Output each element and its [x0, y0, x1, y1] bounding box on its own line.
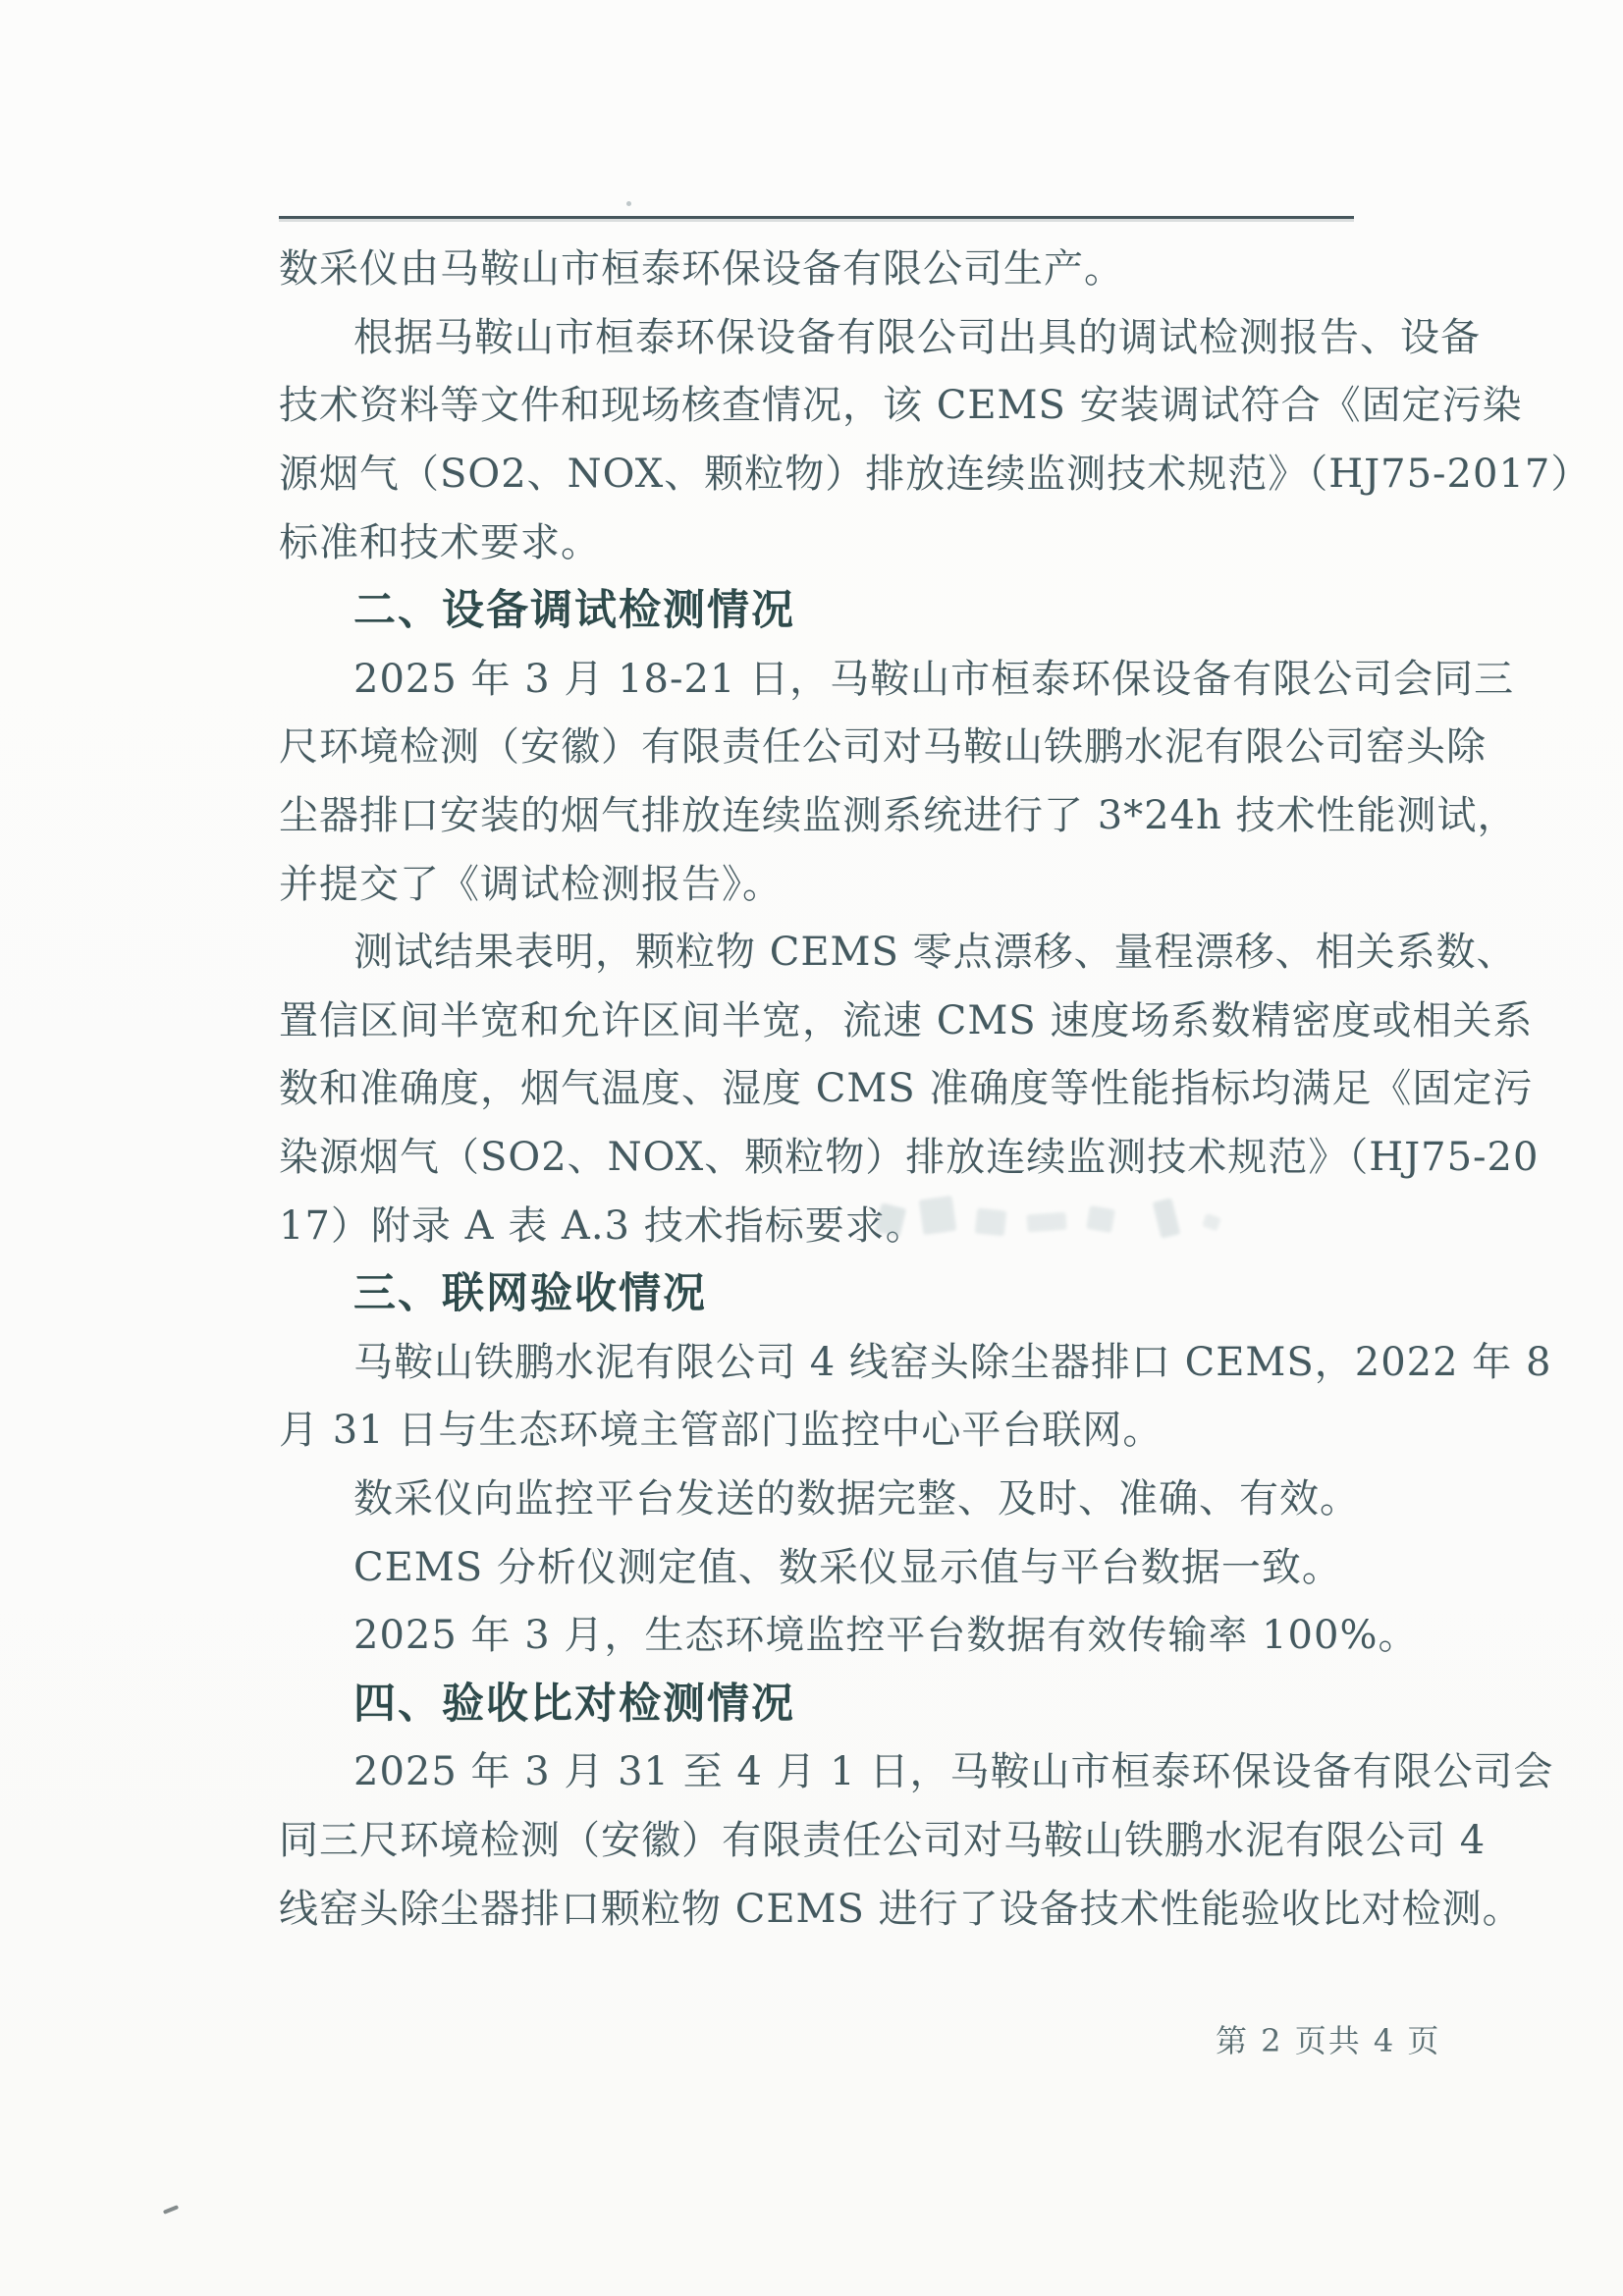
- scan-dash-artifact: [163, 2205, 179, 2215]
- text-line: 标准和技术要求。: [279, 505, 1359, 573]
- text-line: 2025 年 3 月，生态环境监控平台数据有效传输率 100%。: [279, 1598, 1359, 1667]
- text-line: 2025 年 3 月 31 至 4 月 1 日，马鞍山市桓泰环保设备有限公司会: [279, 1735, 1359, 1803]
- text-line: 源烟气（SO2、NOX、颗粒物）排放连续监测技术规范》（HJ75-2017）: [279, 437, 1359, 506]
- text-line: 置信区间半宽和允许区间半宽，流速 CMS 速度场系数精密度或相关系: [279, 984, 1359, 1052]
- text-line: 尘器排口安装的烟气排放连续监测系统进行了 3*24h 技术性能测试，: [279, 778, 1359, 847]
- text-line: 数采仪向监控平台发送的数据完整、及时、准确、有效。: [279, 1462, 1359, 1530]
- text-line: 根据马鞍山市桓泰环保设备有限公司出具的调试检测报告、设备: [279, 300, 1359, 369]
- text-line: 数和准确度，烟气温度、湿度 CMS 准确度等性能指标均满足《固定污: [279, 1051, 1359, 1120]
- text-line: 17）附录 A 表 A.3 技术指标要求。: [279, 1188, 1359, 1256]
- section-heading: 三、联网验收情况: [279, 1256, 1359, 1325]
- text-line: 2025 年 3 月 18-21 日，马鞍山市桓泰环保设备有限公司会同三: [279, 642, 1359, 711]
- text-line: 技术资料等文件和现场核查情况，该 CEMS 安装调试符合《固定污染: [279, 368, 1359, 437]
- text-line: 线窑头除尘器排口颗粒物 CEMS 进行了设备技术性能验收比对检测。: [279, 1871, 1359, 1940]
- text-line: 月 31 日与生态环境主管部门监控中心平台联网。: [279, 1393, 1359, 1462]
- document-body: 数采仪由马鞍山市桓泰环保设备有限公司生产。根据马鞍山市桓泰环保设备有限公司出具的…: [279, 232, 1359, 1940]
- text-line: CEMS 分析仪测定值、数采仪显示值与平台数据一致。: [279, 1529, 1359, 1598]
- page-number: 第 2 页共 4 页: [1216, 2016, 1440, 2061]
- text-line: 尺环境检测（安徽）有限责任公司对马鞍山铁鹏水泥有限公司窑头除: [279, 710, 1359, 778]
- scan-speck-artifact: [626, 201, 631, 206]
- document-page: 数采仪由马鞍山市桓泰环保设备有限公司生产。根据马鞍山市桓泰环保设备有限公司出具的…: [0, 0, 1623, 2296]
- section-heading: 四、验收比对检测情况: [279, 1666, 1359, 1735]
- text-line: 并提交了《调试检测报告》。: [279, 846, 1359, 915]
- text-line: 同三尺环境检测（安徽）有限责任公司对马鞍山铁鹏水泥有限公司 4: [279, 1803, 1359, 1872]
- text-line: 染源烟气（SO2、NOX、颗粒物）排放连续监测技术规范》（HJ75-20: [279, 1120, 1359, 1189]
- text-line: 测试结果表明，颗粒物 CEMS 零点漂移、量程漂移、相关系数、: [279, 915, 1359, 984]
- section-heading: 二、设备调试检测情况: [279, 573, 1359, 642]
- header-rule: [279, 216, 1354, 219]
- text-line: 数采仪由马鞍山市桓泰环保设备有限公司生产。: [279, 232, 1359, 300]
- text-line: 马鞍山铁鹏水泥有限公司 4 线窑头除尘器排口 CEMS，2022 年 8: [279, 1325, 1359, 1394]
